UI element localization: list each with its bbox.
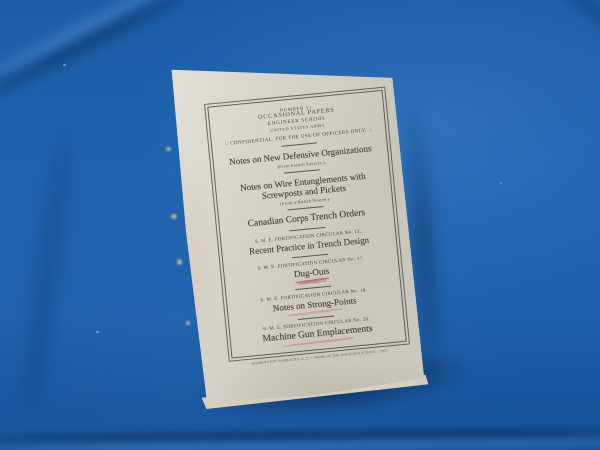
contents-entry: Canadian Corps Trench Orders (247, 208, 365, 230)
section-title: Canadian Corps Trench Orders (247, 208, 365, 230)
section-divider (292, 254, 328, 258)
section-divider (298, 315, 334, 319)
fabric-lint-speck (96, 331, 99, 333)
cover-printed-frame: NUMBER 51 OCCASIONAL PAPERS ENGINEER SCH… (204, 87, 410, 362)
section-divider (288, 206, 324, 210)
section-divider (281, 143, 317, 147)
fabric-lint-speck (63, 64, 66, 66)
section-divider (290, 227, 326, 231)
masthead: NUMBER 51 OCCASIONAL PAPERS ENGINEER SCH… (257, 102, 336, 134)
fabric-lint-speck (500, 182, 502, 184)
contents-entry: S. M. E. FORTIFICATION CIRCULAR No. 26. … (262, 317, 374, 347)
fabric-fold-shadow (539, 0, 600, 55)
spine-wear-spot (177, 259, 182, 265)
spine-wear-spot (186, 321, 190, 325)
contents-entry: Notes on New Defensive Organizations (Fr… (229, 143, 373, 173)
spine-wear-spot (166, 147, 171, 151)
photo-blue-fabric-background: NUMBER 51 OCCASIONAL PAPERS ENGINEER SCH… (0, 0, 600, 450)
section-divider (284, 169, 320, 173)
cover-contents-list: NUMBER 51 OCCASIONAL PAPERS ENGINEER SCH… (211, 93, 404, 355)
fabric-fold-shadow (21, 130, 75, 410)
spine-wear-spot (171, 214, 177, 219)
contents-entry: S. M. E. FORTIFICATION CIRCULAR No. 17. … (257, 256, 366, 288)
contents-entry: S. M. E. FORTIFICATION CIRCULAR No. 18. … (260, 288, 368, 317)
contents-entry: S. M. E. FORTIFICATION CIRCULAR No. 12. … (248, 229, 370, 257)
section-divider (295, 286, 331, 290)
contents-entry: Notes on Wire Entanglements with Screwpo… (224, 169, 384, 211)
